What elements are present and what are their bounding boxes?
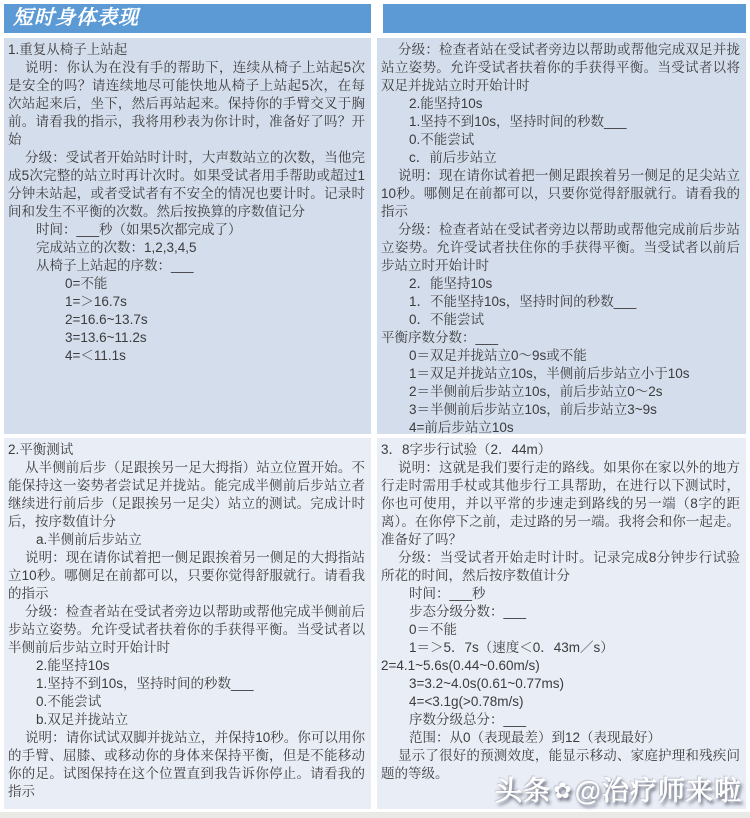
- text-line: 平衡序数分数：___: [381, 329, 740, 347]
- text-line: 1.重复从椅子上站起: [8, 41, 365, 59]
- text-line: 完成站立的次数：1,2,3,4,5: [8, 239, 365, 257]
- bottom-edge-strip: [0, 812, 750, 818]
- text-line: 从半侧前后步（足跟挨另一足大拇指）站立位置开始。不能保持这一姿势者尝试足并拢站。…: [8, 459, 365, 531]
- text-line: 3=13.6~11.2s: [8, 329, 365, 347]
- text-line: 1．不能坚持10s，坚持时间的秒数___: [381, 293, 740, 311]
- text-line: 0=不能: [8, 275, 365, 293]
- text-line: 3．8字步行试验（2．44m）: [381, 441, 740, 459]
- cell-walk-test: 3．8字步行试验（2．44m）说明：这就是我们要行走的路线。如果你在家以外的地方…: [377, 438, 746, 809]
- text-line: 2=16.6~13.7s: [8, 311, 365, 329]
- text-line: 0.不能尝试: [381, 131, 740, 149]
- text-line: 4=前后步站立10s: [381, 419, 740, 434]
- cell-balance-grading-continued: 分级：检查者站在受试者旁边以帮助或帮他完成双足并拢站立姿势。允许受试者扶着你的手…: [377, 38, 746, 434]
- text-line: b.双足并拢站立: [8, 711, 365, 729]
- text-line: 步态分级分数：___: [381, 603, 740, 621]
- watermark-handle: @治疗师来啦: [575, 776, 742, 806]
- text-line: 说明：现在请你试着把一侧足跟挨着另一侧足的足尖站立10秒。哪侧足在前都可以，只要…: [381, 167, 740, 221]
- text-line: 说明：这就是我们要行走的路线。如果你在家以外的地方行走时需用手杖或其他步行工具帮…: [381, 459, 740, 549]
- text-line: 分级：检查者站在受试者旁边以帮助或帮他完成双足并拢站立姿势。允许受试者扶着你的手…: [381, 41, 740, 95]
- text-line: 说明：现在请你试着把一侧足跟挨着另一侧足的大拇指站立10秒。哪侧足在前都可以，只…: [8, 549, 365, 603]
- text-line: 分级：受试者开始站时计时，大声数站立的次数，当他完成5次完整的站立时再计次时。如…: [8, 149, 365, 221]
- text-line: c．前后步站立: [381, 149, 740, 167]
- text-line: 0＝双足并拢站立0～9s或不能: [381, 347, 740, 365]
- text-line: 2＝半侧前后步站立10s，前后步站立0～2s: [381, 383, 740, 401]
- watermark-source-label: 头条: [495, 776, 551, 806]
- cell-chair-stand-test: 1.重复从椅子上站起说明：你认为在没有手的帮助下，连续从椅子上站起5次是安全的吗…: [4, 38, 371, 434]
- text-line: 范围：从0（表现最差）到12（表现最好）: [381, 729, 740, 747]
- text-line: 1＝双足并拢站立10s，半侧前后步站立小于10s: [381, 365, 740, 383]
- text-line: 3=3.2~4.0s(0.61~0.77ms): [381, 675, 740, 693]
- text-line: 4=<3.1g(>0.78m/s): [381, 693, 740, 711]
- text-line: 0.不能尝试: [8, 693, 365, 711]
- text-line: 分级：检查者站在受试者旁边以帮助或帮他完成前后步站立姿势。允许受试者扶住你的手获…: [381, 221, 740, 275]
- text-line: 说明：你认为在没有手的帮助下，连续从椅子上站起5次是安全的吗？请连续地尽可能快地…: [8, 59, 365, 149]
- text-line: 时间：___秒: [381, 585, 740, 603]
- cell-balance-test: 2.平衡测试从半侧前后步（足跟挨另一足大拇指）站立位置开始。不能保持这一姿势者尝…: [4, 438, 371, 809]
- text-line: 序数分级总分：___: [381, 711, 740, 729]
- text-line: 0＝不能: [381, 621, 740, 639]
- table-header-row: 短时身体表现: [4, 4, 746, 33]
- text-line: 3＝半侧前后步站立10s，前后步站立3~9s: [381, 401, 740, 419]
- text-line: 1.坚持不到10s，坚持时间的秒数___: [381, 113, 740, 131]
- toutiao-logo-icon: ✿: [553, 778, 572, 803]
- table-row: 2.平衡测试从半侧前后步（足跟挨另一足大拇指）站立位置开始。不能保持这一姿势者尝…: [4, 438, 746, 809]
- text-line: 从椅子上站起的序数：___: [8, 257, 365, 275]
- document-sheet: 短时身体表现 1.重复从椅子上站起说明：你认为在没有手的帮助下，连续从椅子上站起…: [4, 4, 746, 813]
- text-line: 分级：检查者站在受试者旁边以帮助或帮他完成半侧前后步站立姿势。允许受试者扶着你的…: [8, 603, 365, 657]
- text-line: 2.能坚持10s: [8, 657, 365, 675]
- text-line: 2.能坚持10s: [381, 95, 740, 113]
- text-line: 0．不能尝试: [381, 311, 740, 329]
- text-line: 1=＞16.7s: [8, 293, 365, 311]
- text-line: 2=4.1~5.6s(0.44~0.60m/s): [381, 657, 740, 675]
- text-line: 分级：当受试者开始走时计时。记录完成8分钟步行试验所花的时间，然后按序数值计分: [381, 549, 740, 585]
- watermark: 头条✿@治疗师来啦: [495, 769, 742, 808]
- text-line: a.半侧前后步站立: [8, 531, 365, 549]
- text-line: 说明：请你试试双脚并拢站立，并保持10秒。你可以用你的手臂、屈膝、或移动你的身体…: [8, 729, 365, 801]
- page-title: 短时身体表现: [4, 4, 371, 33]
- table-header-empty-cell: [383, 4, 746, 33]
- text-line: 2.平衡测试: [8, 441, 365, 459]
- text-line: 4=＜11.1s: [8, 347, 365, 365]
- text-line: 时间：___秒（如果5次都完成了）: [8, 221, 365, 239]
- text-line: 1＝＞5．7s（速度＜0．43m／s）: [381, 639, 740, 657]
- table-row: 1.重复从椅子上站起说明：你认为在没有手的帮助下，连续从椅子上站起5次是安全的吗…: [4, 38, 746, 434]
- text-line: 2．能坚持10s: [381, 275, 740, 293]
- text-line: 1.坚持不到10s，坚持时间的秒数___: [8, 675, 365, 693]
